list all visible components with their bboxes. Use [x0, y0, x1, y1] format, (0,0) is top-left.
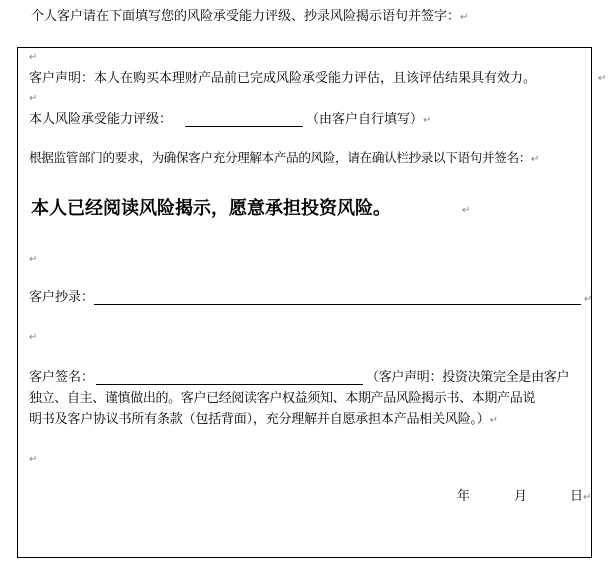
signature-note-line1: （客户声明：投资决策完全是由客户 — [366, 371, 569, 384]
signature-note-text-3: 明书及客户协议书所有条款（包括背面），充分理解并自愿承担本产品相关风险。） — [29, 412, 490, 427]
paragraph-mark-icon: ↵ — [29, 255, 37, 265]
copy-label: 客户抄录： — [29, 290, 94, 305]
year-label: 年 — [457, 489, 470, 504]
date-year: 年 — [457, 490, 470, 503]
paragraph-mark-icon: ↵ — [423, 115, 431, 126]
signature-note-text-2: 独立、自主、谨慎做出的。客户已经阅读客户权益须知、本期产品风险揭示书、本期产品说 — [29, 391, 535, 406]
month-label: 月 — [514, 489, 527, 504]
instruction-label: 根据监管部门的要求，为确保客户充分理解本产品的风险，请在确认栏抄录以下语句并签名… — [29, 150, 531, 165]
copy-row: 客户抄录： — [29, 291, 94, 304]
rating-label: 本人风险承受能力评级： — [29, 112, 172, 127]
signature-note-line2: 独立、自主、谨慎做出的。客户已经阅读客户权益须知、本期产品风险揭示书、本期产品说 — [29, 392, 535, 405]
statement-text: 本人已经阅读风险揭示，愿意承担投资风险。 — [31, 198, 391, 219]
paragraph-mark-icon: ↵ — [29, 455, 37, 465]
rating-note: （由客户自行填写）↵ — [306, 113, 431, 126]
intro-label: 个人客户请在下面填写您的风险承受能力评级、抄录风险揭示语句并签字： — [31, 9, 460, 24]
paragraph-mark-icon: ↵ — [531, 154, 539, 165]
paragraph-mark-icon: ↵ — [490, 415, 498, 426]
signature-field[interactable] — [96, 371, 363, 385]
paragraph-mark-icon: ↵ — [583, 492, 591, 503]
signature-row: 客户签名： — [29, 371, 94, 384]
paragraph-mark-icon: ↵ — [462, 206, 470, 216]
signature-note-text-1: （客户声明：投资决策完全是由客户 — [366, 370, 569, 385]
declaration-text: 客户声明：本人在购买本理财产品前已完成风险承受能力评估，且该评估结果具有效力。 — [29, 71, 536, 86]
paragraph-mark-icon: ↵ — [460, 12, 468, 23]
signature-label: 客户签名： — [29, 370, 94, 385]
risk-rating-field[interactable] — [185, 113, 303, 127]
date-month: 月 — [514, 490, 527, 503]
day-label: 日 — [570, 489, 583, 504]
customer-declaration: 客户声明：本人在购买本理财产品前已完成风险承受能力评估，且该评估结果具有效力。 — [29, 72, 536, 85]
intro-text: 个人客户请在下面填写您的风险承受能力评级、抄录风险揭示语句并签字：↵ — [31, 10, 468, 23]
paragraph-mark-icon: ↵ — [598, 74, 606, 84]
instruction-text: 根据监管部门的要求，为确保客户充分理解本产品的风险，请在确认栏抄录以下语句并签名… — [29, 152, 539, 165]
risk-rating-row: 本人风险承受能力评级： — [29, 113, 172, 126]
paragraph-mark-icon: ↵ — [29, 94, 37, 104]
rating-note-text: （由客户自行填写） — [306, 112, 423, 127]
paragraph-mark-icon: ↵ — [584, 295, 592, 305]
signature-note-line3: 明书及客户协议书所有条款（包括背面），充分理解并自愿承担本产品相关风险。）↵ — [29, 413, 498, 426]
date-day: 日↵ — [570, 490, 591, 503]
risk-statement: 本人已经阅读风险揭示，愿意承担投资风险。 — [31, 200, 391, 218]
paragraph-mark-icon: ↵ — [29, 53, 37, 63]
paragraph-mark-icon: ↵ — [29, 333, 37, 343]
copy-field[interactable] — [94, 291, 581, 305]
